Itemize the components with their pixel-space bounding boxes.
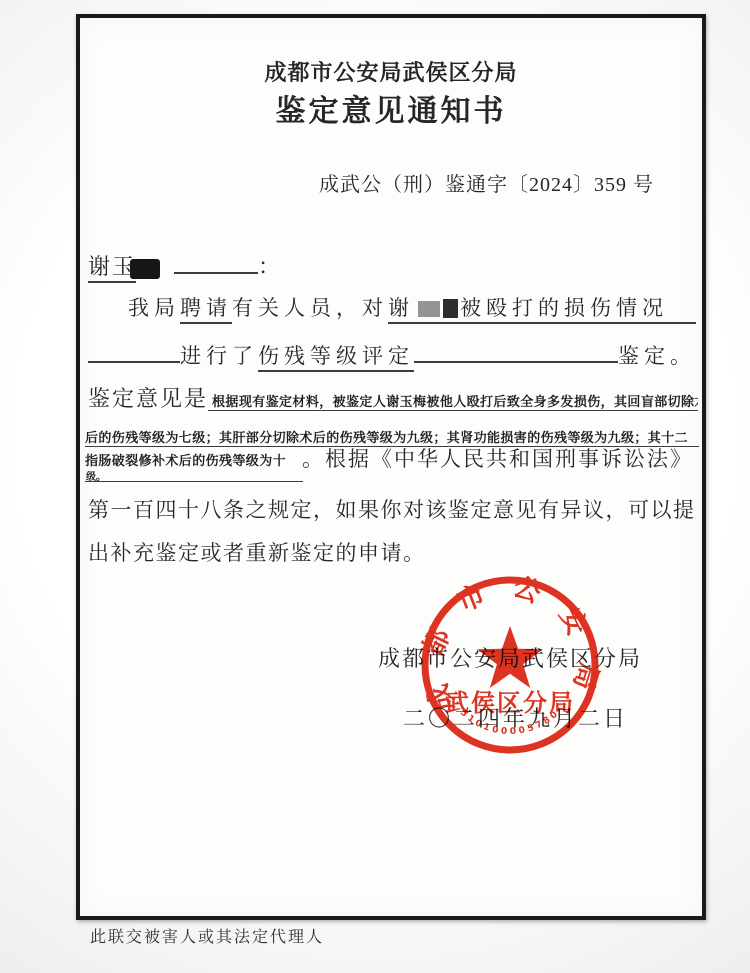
body-line-2: 进行了 伤残等级评定 鉴定。 — [88, 338, 696, 372]
blank-underline — [88, 338, 180, 363]
legal-text-line3: 出补充鉴定或者重新鉴定的申请。 — [88, 537, 426, 567]
opinion-fill-line1: 根据现有鉴定材料，被鉴定人谢玉梅被他人殴打后致全身多发损伤，其回盲部切除术 — [208, 391, 698, 411]
blank-underline — [414, 361, 618, 363]
redaction-block-dark — [443, 299, 458, 318]
seal-star-icon — [477, 626, 543, 688]
opinion-label: 鉴定意见是 — [88, 382, 208, 413]
redaction-block-gray — [418, 301, 440, 317]
blank-underline — [174, 248, 258, 274]
document-number: 成武公（刑）鉴通字〔2024〕359 号 — [76, 168, 704, 197]
opinion-line: 鉴定意见是 根据现有鉴定材料，被鉴定人谢玉梅被他人殴打后致全身多发损伤，其回盲部… — [88, 382, 698, 413]
body-line-1: 我局 聘请 有关人员，对 谢被殴打的损伤情况 — [88, 292, 696, 324]
body-pre: 我局 — [128, 292, 180, 322]
legal-text-line1: 。根据《中华人民共和国刑事诉讼法》 — [302, 443, 693, 473]
fill-hired: 聘请 — [180, 292, 232, 324]
body-appraise-end: 鉴定。 — [618, 340, 696, 370]
body-conducted: 进行了 — [180, 340, 258, 370]
redaction-block — [130, 259, 160, 279]
addressee-line: 谢玉： — [88, 248, 282, 283]
fill-appraisal-type: 伤残等级评定 — [258, 340, 414, 372]
legal-text-line2: 第一百四十八条之规定，如果你对该鉴定意见有异议，可以提 — [88, 494, 696, 524]
opinion-fill-line3: 指肠破裂修补术后的伤残等级为十 — [85, 450, 286, 469]
official-seal: 成都市公安局 武侯区分局 510100005780 — [417, 572, 603, 758]
body-mid: 有关人员，对 — [232, 292, 388, 322]
fill-subject: 谢被殴打的损伤情况 — [388, 292, 696, 324]
addressee-colon: ： — [258, 250, 282, 281]
document-title: 鉴定意见通知书 — [76, 86, 706, 130]
issuing-org-name: 成都市公安局武侯区分局 — [76, 56, 706, 87]
opinion-underline — [85, 481, 303, 482]
footer-note: 此联交被害人或其法定代理人 — [90, 924, 324, 947]
addressee-name: 谢玉 — [88, 250, 136, 283]
